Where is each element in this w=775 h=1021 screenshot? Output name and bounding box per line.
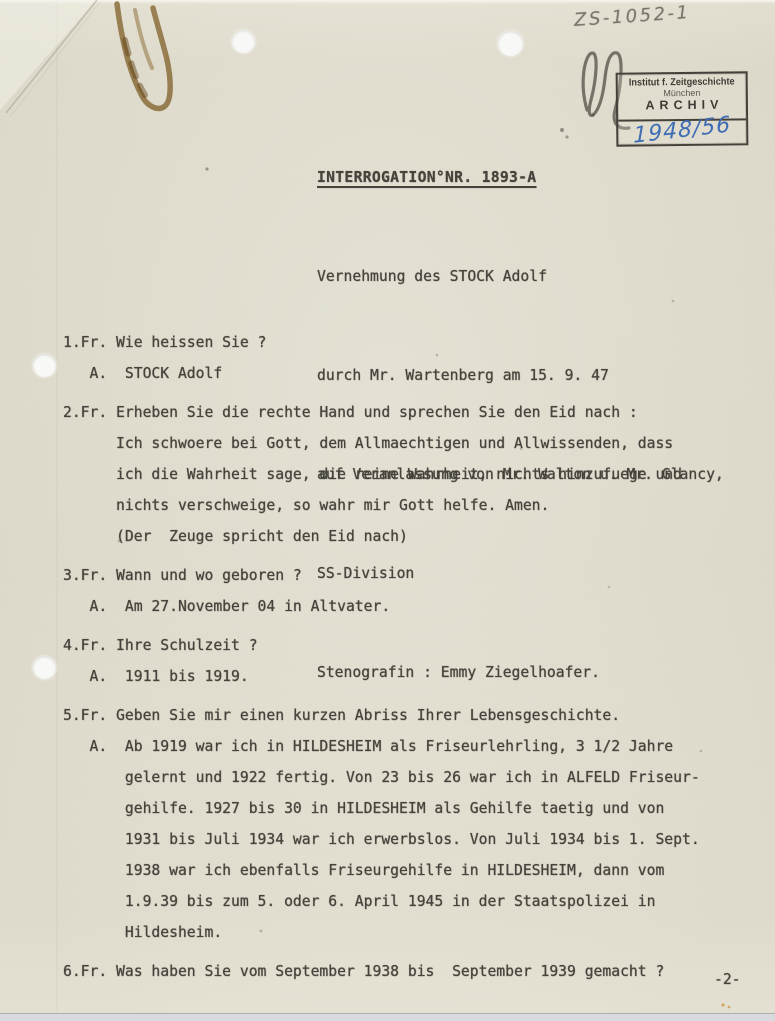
typed-line: 1931 bis Juli 1934 war ich erwerbslos. V…: [63, 824, 700, 855]
typed-line: 3.Fr. Wann und wo geboren ?: [63, 560, 700, 591]
punch-hole: [498, 31, 523, 56]
scan-edge-bottom: [0, 1013, 775, 1021]
typed-line: (Der Zeuge spricht den Eid nach): [63, 521, 700, 552]
typed-line: Hildesheim.: [63, 917, 700, 948]
archive-ref-handwritten: ZS-1052-1: [573, 2, 691, 31]
typed-line: ich die Wahrheit sage, die reine Wahrhei…: [63, 459, 700, 490]
page-number: -2-: [714, 971, 741, 988]
typed-line: A. Ab 1919 war ich in HILDESHEIM als Fri…: [63, 731, 700, 762]
typed-line: gehilfe. 1927 bis 30 in HILDESHEIM als G…: [63, 793, 700, 824]
paper-fold-line: [56, 0, 58, 1012]
typed-line: 1.9.39 bis zum 5. oder 6. April 1945 in …: [63, 886, 700, 917]
document-title: INTERROGATION°NR. 1893-A: [317, 161, 724, 194]
typed-line: 1.Fr. Wie heissen Sie ?: [63, 327, 700, 358]
typed-line: A. 1911 bis 1919.: [63, 661, 700, 692]
typed-line: 5.Fr. Geben Sie mir einen kurzen Abriss …: [63, 700, 700, 731]
typed-line: gelernt und 1922 fertig. Von 23 bis 26 w…: [63, 762, 700, 793]
punch-hole: [33, 656, 56, 679]
punch-hole: [232, 30, 255, 53]
typed-line: Ich schwoere bei Gott, dem Allmaechtigen…: [63, 428, 700, 459]
header-line: Vernehmung des STOCK Adolf: [317, 260, 724, 293]
typed-line: 1938 war ich ebenfalls Friseurgehilfe in…: [63, 855, 700, 886]
typed-line: 4.Fr. Ihre Schulzeit ?: [63, 630, 700, 661]
scanned-document-page: ZS-1052-1 Institut f. Zeitgeschichte Mün…: [0, 0, 775, 1021]
typed-line: A. STOCK Adolf: [63, 358, 700, 389]
typed-line: nichts verschweige, so wahr mir Gott hel…: [63, 490, 700, 521]
paper-speckles: [0, 0, 2, 2]
paperclip-rust-stain: [95, 0, 190, 125]
punch-hole: [33, 354, 56, 377]
typed-line: A. Am 27.November 04 in Altvater.: [63, 591, 700, 622]
typed-line: 2.Fr. Erheben Sie die rechte Hand und sp…: [63, 397, 700, 428]
interrogation-transcript: 1.Fr. Wie heissen Sie ? A. STOCK Adolf2.…: [63, 319, 700, 987]
typed-line: 6.Fr. Was haben Sie vom September 1938 b…: [63, 956, 700, 987]
